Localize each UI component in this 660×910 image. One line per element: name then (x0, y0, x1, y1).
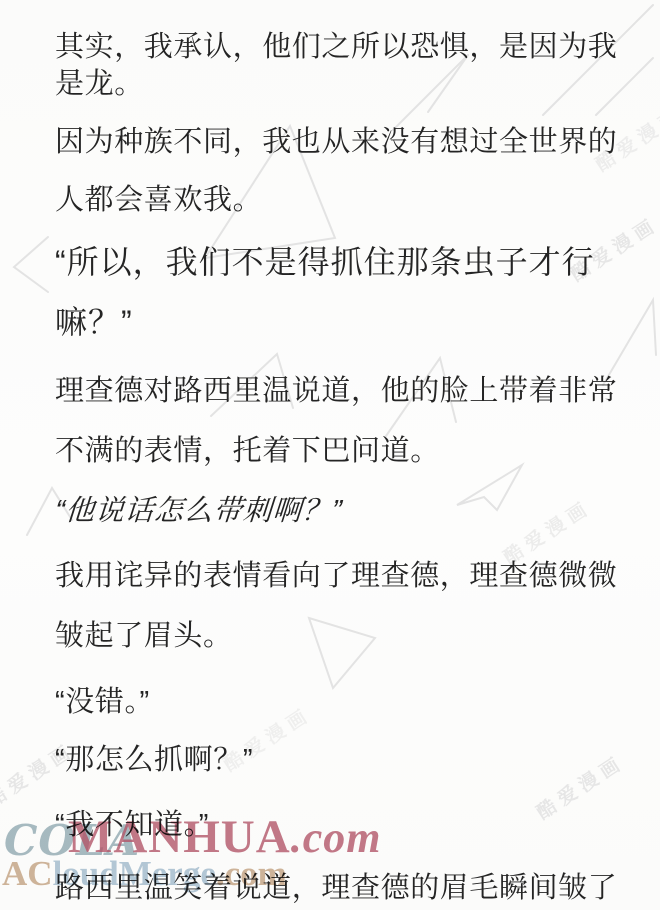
novel-line: “没错。” (55, 688, 150, 717)
novel-reader-page: 酷爱漫画 酷爱漫画 酷爱漫画 酷爱漫画 酷爱漫画 酷爱漫画 (0, 0, 660, 910)
novel-line: 路西里温笑着说道，理查德的眉毛瞬间皱了 (55, 874, 617, 903)
novel-line: “那怎么抓啊？” (55, 746, 253, 775)
novel-line: 理查德对路西里温说道，他的脸上带着非常 (55, 377, 617, 406)
novel-line: 不满的表情，托着下巴问道。 (55, 437, 440, 466)
novel-line: 皱起了眉头。 (55, 622, 233, 651)
novel-line: 因为种族不同，我也从来没有想过全世界的 (55, 128, 617, 157)
novel-line: 人都会喜欢我。 (55, 186, 262, 215)
novel-line: 其实，我承认，他们之所以恐惧，是因为我 (55, 33, 617, 62)
novel-line: “我不知道。” (55, 811, 209, 840)
novel-line: “所以，我们不是得抓住那条虫子才行 (55, 246, 595, 278)
novel-line: “他说话怎么带刺啊？” (54, 497, 343, 526)
novel-line: 嘛？” (55, 306, 133, 338)
novel-line: 我用诧异的表情看向了理查德，理查德微微 (55, 562, 617, 591)
novel-text: 其实，我承认，他们之所以恐惧，是因为我 是龙。 因为种族不同，我也从来没有想过全… (0, 0, 660, 910)
novel-line: 是龙。 (55, 70, 144, 99)
